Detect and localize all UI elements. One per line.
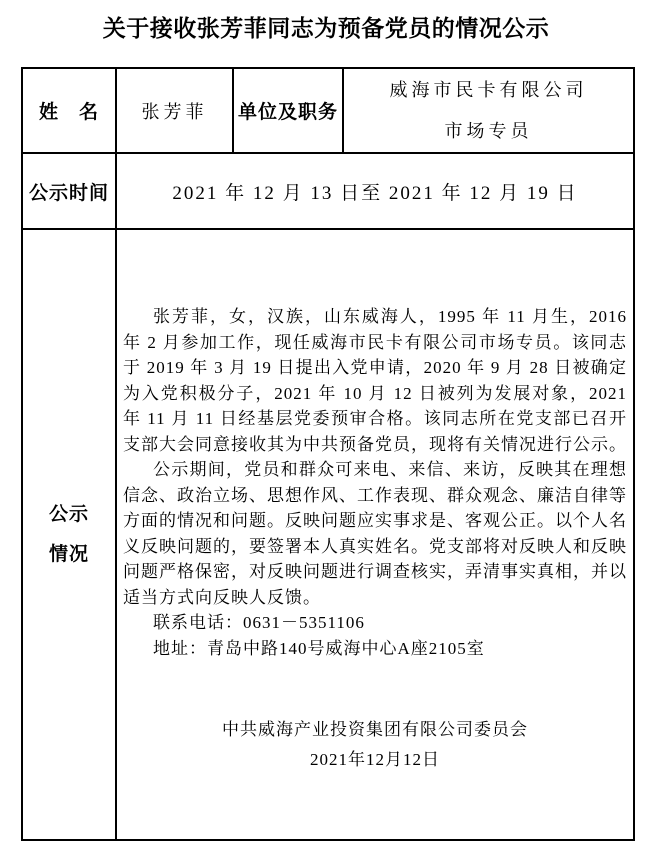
- signature-organization: 中共威海产业投资集团有限公司委员会: [123, 715, 627, 745]
- biography-paragraph: 张芳菲，女，汉族，山东威海人，1995 年 11 月生，2016 年 2 月参加…: [123, 304, 627, 457]
- publicity-time-label: 公示时间: [22, 153, 116, 229]
- publicity-situation-label-line1: 公示: [23, 503, 115, 527]
- signature-block: 中共威海产业投资集团有限公司委员会 2021年12月12日: [123, 715, 627, 775]
- unit-value-company: 威海市民卡有限公司: [344, 70, 633, 111]
- unit-value-title: 市场专员: [344, 111, 633, 152]
- publicity-time-value: 2021 年 12 月 13 日至 2021 年 12 月 19 日: [116, 153, 634, 229]
- unit-position-label: 单位及职务: [233, 68, 343, 153]
- publicity-situation-label-line2: 情况: [23, 543, 115, 567]
- name-value: 张芳菲: [116, 68, 233, 153]
- notice-document-page: 关于接收张芳菲同志为预备党员的情况公示 姓 名 张芳菲 单位及职务 威海市民卡有…: [0, 0, 652, 860]
- contact-phone-line: 联系电话：0631－5351106: [123, 610, 627, 636]
- page-title: 关于接收张芳菲同志为预备党员的情况公示: [0, 10, 652, 43]
- name-label: 姓 名: [22, 68, 116, 153]
- notice-table: 姓 名 张芳菲 单位及职务 威海市民卡有限公司 市场专员 公示时间 2021 年…: [21, 67, 635, 841]
- table-row-publicity-time: 公示时间 2021 年 12 月 13 日至 2021 年 12 月 19 日: [22, 153, 634, 229]
- signature-date: 2021年12月12日: [123, 745, 627, 775]
- publicity-situation-label: 公示 情况: [22, 229, 116, 840]
- publicity-situation-content: 张芳菲，女，汉族，山东威海人，1995 年 11 月生，2016 年 2 月参加…: [116, 229, 634, 840]
- table-row-name: 姓 名 张芳菲 单位及职务 威海市民卡有限公司 市场专员: [22, 68, 634, 153]
- feedback-instructions-paragraph: 公示期间，党员和群众可来电、来信、来访，反映其在理想信念、政治立场、思想作风、工…: [123, 457, 627, 610]
- contact-address-line: 地址：青岛中路140号威海中心A座2105室: [123, 636, 627, 662]
- unit-position-value: 威海市民卡有限公司 市场专员: [343, 68, 634, 153]
- table-row-publicity-situation: 公示 情况 张芳菲，女，汉族，山东威海人，1995 年 11 月生，2016 年…: [22, 229, 634, 840]
